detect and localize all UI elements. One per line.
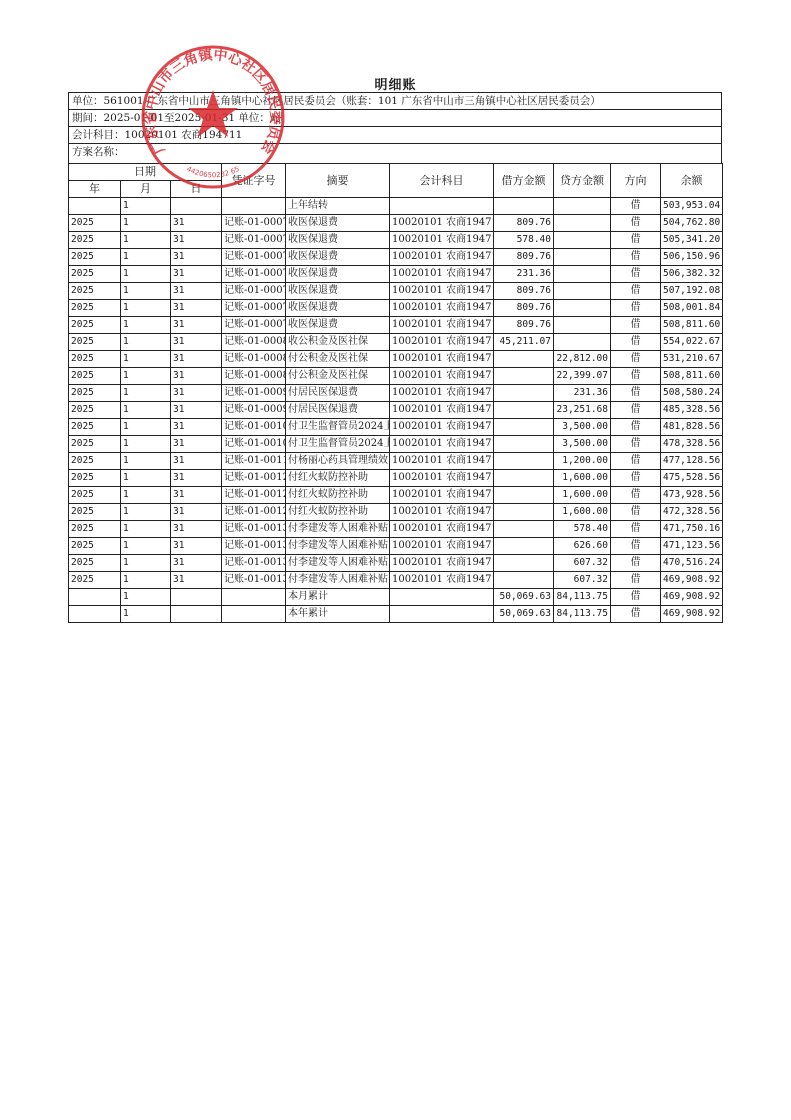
cell-day: 31 <box>171 385 222 402</box>
account-line: 会计科目：10020101 农商194711 <box>68 126 722 143</box>
cell-day <box>171 606 222 623</box>
table-row: 2025131记账-01-0009付居民医保退费10020101 农商19471… <box>69 385 723 402</box>
cell-year: 2025 <box>69 538 121 555</box>
cell-day: 31 <box>171 538 222 555</box>
cell-day: 31 <box>171 266 222 283</box>
cell-debit <box>494 504 554 521</box>
cell-summary: 付李建发等人困难补贴 <box>286 521 390 538</box>
cell-direction: 借 <box>611 487 661 504</box>
cell-month: 1 <box>121 368 171 385</box>
cell-credit <box>554 249 611 266</box>
table-row: 2025131记账-01-0008收公积金及医社保10020101 农商1947… <box>69 334 723 351</box>
cell-day: 31 <box>171 283 222 300</box>
cell-balance: 508,001.84 <box>661 300 723 317</box>
cell-debit <box>494 470 554 487</box>
cell-summary: 上年结转 <box>286 198 390 215</box>
cell-debit <box>494 487 554 504</box>
table-row: 2025131记账-01-0007收医保退费10020101 农商1947118… <box>69 317 723 334</box>
cell-month: 1 <box>121 436 171 453</box>
cell-debit: 50,069.63 <box>494 589 554 606</box>
cell-account: 10020101 农商194711 <box>390 555 494 572</box>
cell-year: 2025 <box>69 232 121 249</box>
header-debit: 借方金额 <box>494 164 554 198</box>
cell-month: 1 <box>121 351 171 368</box>
cell-account: 10020101 农商194711 <box>390 538 494 555</box>
cell-voucher: 记账-01-0008 <box>222 368 286 385</box>
cell-year <box>69 606 121 623</box>
cell-balance: 481,828.56 <box>661 419 723 436</box>
header-direction: 方向 <box>611 164 661 198</box>
cell-month: 1 <box>121 555 171 572</box>
cell-account: 10020101 农商194711 <box>390 521 494 538</box>
cell-debit <box>494 385 554 402</box>
cell-summary: 付公积金及医社保 <box>286 368 390 385</box>
cell-summary: 收医保退费 <box>286 215 390 232</box>
cell-direction: 借 <box>611 436 661 453</box>
cell-direction: 借 <box>611 249 661 266</box>
cell-voucher: 记账-01-0007 <box>222 283 286 300</box>
cell-month: 1 <box>121 334 171 351</box>
cell-direction: 借 <box>611 266 661 283</box>
table-row: 2025131记账-01-0012付红火蚁防控补助10020101 农商1947… <box>69 504 723 521</box>
cell-summary: 收医保退费 <box>286 249 390 266</box>
cell-year: 2025 <box>69 368 121 385</box>
cell-day: 31 <box>171 300 222 317</box>
cell-credit: 84,113.75 <box>554 589 611 606</box>
cell-credit <box>554 300 611 317</box>
cell-voucher: 记账-01-0007 <box>222 317 286 334</box>
cell-day: 31 <box>171 249 222 266</box>
cell-summary: 收医保退费 <box>286 300 390 317</box>
cell-balance: 472,328.56 <box>661 504 723 521</box>
cell-credit: 22,812.00 <box>554 351 611 368</box>
cell-voucher: 记账-01-0010 <box>222 419 286 436</box>
cell-account: 10020101 农商194711 <box>390 351 494 368</box>
cell-summary: 收医保退费 <box>286 317 390 334</box>
cell-direction: 借 <box>611 317 661 334</box>
cell-account <box>390 606 494 623</box>
cell-account: 10020101 农商194711 <box>390 487 494 504</box>
cell-year: 2025 <box>69 266 121 283</box>
cell-year: 2025 <box>69 249 121 266</box>
table-row: 2025131记账-01-0007收医保退费10020101 农商1947112… <box>69 266 723 283</box>
header-credit: 贷方金额 <box>554 164 611 198</box>
cell-voucher: 记账-01-0013 <box>222 521 286 538</box>
table-row: 1本月累计50,069.6384,113.75借469,908.92 <box>69 589 723 606</box>
cell-direction: 借 <box>611 334 661 351</box>
cell-debit: 45,211.07 <box>494 334 554 351</box>
cell-year: 2025 <box>69 351 121 368</box>
table-row: 2025131记账-01-0008付公积金及医社保10020101 农商1947… <box>69 368 723 385</box>
cell-account: 10020101 农商194711 <box>390 504 494 521</box>
cell-year: 2025 <box>69 385 121 402</box>
cell-debit: 231.36 <box>494 266 554 283</box>
cell-debit <box>494 521 554 538</box>
cell-summary: 收公积金及医社保 <box>286 334 390 351</box>
cell-credit <box>554 198 611 215</box>
cell-balance: 475,528.56 <box>661 470 723 487</box>
cell-direction: 借 <box>611 572 661 589</box>
cell-voucher: 记账-01-0007 <box>222 266 286 283</box>
cell-summary: 付公积金及医社保 <box>286 351 390 368</box>
cell-voucher: 记账-01-0007 <box>222 300 286 317</box>
cell-summary: 付杨丽心药具管理绩效 <box>286 453 390 470</box>
cell-account: 10020101 农商194711 <box>390 368 494 385</box>
cell-voucher: 记账-01-0013 <box>222 538 286 555</box>
cell-month: 1 <box>121 453 171 470</box>
cell-summary: 付卫生监督管员2024上 <box>286 419 390 436</box>
cell-account: 10020101 农商194711 <box>390 419 494 436</box>
cell-balance: 478,328.56 <box>661 436 723 453</box>
table-row: 2025131记账-01-0010付卫生监督管员2024上10020101 农商… <box>69 436 723 453</box>
cell-balance: 470,516.24 <box>661 555 723 572</box>
cell-month: 1 <box>121 402 171 419</box>
cell-debit <box>494 351 554 368</box>
cell-year: 2025 <box>69 334 121 351</box>
cell-day: 31 <box>171 504 222 521</box>
cell-balance: 477,128.56 <box>661 453 723 470</box>
cell-balance: 554,022.67 <box>661 334 723 351</box>
cell-credit <box>554 334 611 351</box>
cell-credit: 607.32 <box>554 572 611 589</box>
cell-summary: 付李建发等人困难补贴 <box>286 572 390 589</box>
cell-voucher: 记账-01-0013 <box>222 555 286 572</box>
cell-voucher: 记账-01-0007 <box>222 249 286 266</box>
cell-balance: 531,210.67 <box>661 351 723 368</box>
cell-balance: 469,908.92 <box>661 572 723 589</box>
cell-debit <box>494 572 554 589</box>
cell-year: 2025 <box>69 470 121 487</box>
cell-voucher: 记账-01-0008 <box>222 351 286 368</box>
cell-account: 10020101 农商194711 <box>390 266 494 283</box>
cell-debit <box>494 198 554 215</box>
cell-direction: 借 <box>611 232 661 249</box>
cell-year: 2025 <box>69 521 121 538</box>
cell-day: 31 <box>171 232 222 249</box>
cell-voucher <box>222 606 286 623</box>
header-day: 日 <box>171 181 222 198</box>
cell-year: 2025 <box>69 436 121 453</box>
cell-day: 31 <box>171 215 222 232</box>
cell-voucher: 记账-01-0011 <box>222 453 286 470</box>
cell-debit <box>494 368 554 385</box>
cell-day: 31 <box>171 521 222 538</box>
table-row: 2025131记账-01-0012付红火蚁防控补助10020101 农商1947… <box>69 470 723 487</box>
cell-summary: 付红火蚁防控补助 <box>286 504 390 521</box>
cell-day <box>171 198 222 215</box>
cell-balance: 471,123.56 <box>661 538 723 555</box>
cell-voucher: 记账-01-0012 <box>222 487 286 504</box>
cell-year: 2025 <box>69 300 121 317</box>
cell-credit: 626.60 <box>554 538 611 555</box>
cell-month: 1 <box>121 198 171 215</box>
cell-direction: 借 <box>611 283 661 300</box>
cell-summary: 付卫生监督管员2024上 <box>286 436 390 453</box>
cell-debit <box>494 538 554 555</box>
cell-month: 1 <box>121 470 171 487</box>
cell-account: 10020101 农商194711 <box>390 385 494 402</box>
cell-year <box>69 589 121 606</box>
cell-month: 1 <box>121 283 171 300</box>
table-row: 2025131记账-01-0011付杨丽心药具管理绩效10020101 农商19… <box>69 453 723 470</box>
cell-debit <box>494 436 554 453</box>
cell-year: 2025 <box>69 572 121 589</box>
cell-voucher <box>222 198 286 215</box>
cell-summary: 付红火蚁防控补助 <box>286 470 390 487</box>
cell-debit: 809.76 <box>494 215 554 232</box>
document-title: 明细账 <box>0 74 791 93</box>
cell-balance: 506,150.96 <box>661 249 723 266</box>
cell-summary: 收医保退费 <box>286 232 390 249</box>
cell-credit: 607.32 <box>554 555 611 572</box>
cell-month: 1 <box>121 504 171 521</box>
cell-month: 1 <box>121 572 171 589</box>
cell-debit: 50,069.63 <box>494 606 554 623</box>
cell-credit: 84,113.75 <box>554 606 611 623</box>
cell-direction: 借 <box>611 453 661 470</box>
cell-day: 31 <box>171 368 222 385</box>
cell-account: 10020101 农商194711 <box>390 232 494 249</box>
table-row: 2025131记账-01-0013付李建发等人困难补贴10020101 农商19… <box>69 555 723 572</box>
cell-voucher <box>222 589 286 606</box>
cell-voucher: 记账-01-0009 <box>222 385 286 402</box>
cell-direction: 借 <box>611 606 661 623</box>
cell-account <box>390 198 494 215</box>
cell-debit: 809.76 <box>494 249 554 266</box>
cell-credit: 3,500.00 <box>554 436 611 453</box>
cell-direction: 借 <box>611 589 661 606</box>
cell-summary: 收医保退费 <box>286 266 390 283</box>
cell-balance: 471,750.16 <box>661 521 723 538</box>
table-row: 2025131记账-01-0007收医保退费10020101 农商1947118… <box>69 283 723 300</box>
cell-day <box>171 589 222 606</box>
cell-month: 1 <box>121 317 171 334</box>
cell-credit: 1,600.00 <box>554 487 611 504</box>
cell-credit <box>554 215 611 232</box>
header-month: 月 <box>121 181 171 198</box>
cell-voucher: 记账-01-0007 <box>222 215 286 232</box>
table-row: 2025131记账-01-0013付李建发等人困难补贴10020101 农商19… <box>69 521 723 538</box>
cell-debit: 809.76 <box>494 300 554 317</box>
table-row: 2025131记账-01-0013付李建发等人困难补贴10020101 农商19… <box>69 572 723 589</box>
cell-direction: 借 <box>611 351 661 368</box>
cell-balance: 508,580.24 <box>661 385 723 402</box>
table-row: 2025131记账-01-0013付李建发等人困难补贴10020101 农商19… <box>69 538 723 555</box>
cell-account <box>390 589 494 606</box>
cell-direction: 借 <box>611 470 661 487</box>
cell-debit: 578.40 <box>494 232 554 249</box>
cell-month: 1 <box>121 606 171 623</box>
cell-balance: 469,908.92 <box>661 606 723 623</box>
cell-summary: 本年累计 <box>286 606 390 623</box>
cell-year: 2025 <box>69 504 121 521</box>
cell-voucher: 记账-01-0012 <box>222 504 286 521</box>
cell-year: 2025 <box>69 317 121 334</box>
cell-direction: 借 <box>611 402 661 419</box>
cell-account: 10020101 农商194711 <box>390 470 494 487</box>
table-row: 2025131记账-01-0007收医保退费10020101 农商1947118… <box>69 249 723 266</box>
cell-credit: 578.40 <box>554 521 611 538</box>
cell-year: 2025 <box>69 283 121 300</box>
cell-debit <box>494 402 554 419</box>
cell-direction: 借 <box>611 521 661 538</box>
cell-debit <box>494 453 554 470</box>
cell-voucher: 记账-01-0010 <box>222 436 286 453</box>
cell-balance: 507,192.08 <box>661 283 723 300</box>
cell-year: 2025 <box>69 215 121 232</box>
cell-credit <box>554 266 611 283</box>
cell-summary: 收医保退费 <box>286 283 390 300</box>
cell-debit <box>494 555 554 572</box>
cell-credit <box>554 317 611 334</box>
cell-direction: 借 <box>611 215 661 232</box>
header-summary: 摘要 <box>286 164 390 198</box>
cell-direction: 借 <box>611 538 661 555</box>
cell-credit: 1,600.00 <box>554 504 611 521</box>
table-row: 2025131记账-01-0007收医保退费10020101 农商1947115… <box>69 232 723 249</box>
period-line: 期间：2025-01-01至2025-01-31 单位：元 <box>68 109 722 126</box>
cell-account: 10020101 农商194711 <box>390 317 494 334</box>
cell-day: 31 <box>171 453 222 470</box>
cell-balance: 508,811.60 <box>661 368 723 385</box>
table-row: 2025131记账-01-0012付红火蚁防控补助10020101 农商1947… <box>69 487 723 504</box>
cell-account: 10020101 农商194711 <box>390 402 494 419</box>
table-row: 2025131记账-01-0007收医保退费10020101 农商1947118… <box>69 215 723 232</box>
cell-summary: 付李建发等人困难补贴 <box>286 538 390 555</box>
header-account: 会计科目 <box>390 164 494 198</box>
cell-direction: 借 <box>611 300 661 317</box>
cell-day: 31 <box>171 419 222 436</box>
cell-credit: 3,500.00 <box>554 419 611 436</box>
cell-direction: 借 <box>611 504 661 521</box>
unit-line: 单位：561001 广东省中山市三角镇中心社区居民委员会（账套：101 广东省中… <box>68 92 722 109</box>
cell-month: 1 <box>121 589 171 606</box>
cell-credit: 22,399.07 <box>554 368 611 385</box>
cell-credit: 231.36 <box>554 385 611 402</box>
cell-account: 10020101 农商194711 <box>390 215 494 232</box>
cell-debit: 809.76 <box>494 283 554 300</box>
cell-voucher: 记账-01-0008 <box>222 334 286 351</box>
table-row: 2025131记账-01-0008付公积金及医社保10020101 农商1947… <box>69 351 723 368</box>
cell-summary: 本月累计 <box>286 589 390 606</box>
cell-balance: 503,953.04 <box>661 198 723 215</box>
cell-month: 1 <box>121 419 171 436</box>
scheme-line: 方案名称： <box>68 143 722 163</box>
cell-account: 10020101 农商194711 <box>390 436 494 453</box>
table-row: 2025131记账-01-0010付卫生监督管员2024上10020101 农商… <box>69 419 723 436</box>
cell-day: 31 <box>171 555 222 572</box>
table-row: 2025131记账-01-0007收医保退费10020101 农商1947118… <box>69 300 723 317</box>
cell-month: 1 <box>121 538 171 555</box>
cell-account: 10020101 农商194711 <box>390 334 494 351</box>
cell-credit <box>554 232 611 249</box>
cell-balance: 506,382.32 <box>661 266 723 283</box>
cell-balance: 508,811.60 <box>661 317 723 334</box>
cell-account: 10020101 农商194711 <box>390 249 494 266</box>
cell-credit: 1,200.00 <box>554 453 611 470</box>
cell-direction: 借 <box>611 555 661 572</box>
cell-month: 1 <box>121 232 171 249</box>
cell-credit <box>554 283 611 300</box>
cell-summary: 付居民医保退费 <box>286 385 390 402</box>
cell-day: 31 <box>171 402 222 419</box>
cell-year: 2025 <box>69 419 121 436</box>
cell-voucher: 记账-01-0009 <box>222 402 286 419</box>
cell-year <box>69 198 121 215</box>
header-year: 年 <box>69 181 121 198</box>
cell-month: 1 <box>121 487 171 504</box>
cell-account: 10020101 农商194711 <box>390 300 494 317</box>
cell-balance: 505,341.20 <box>661 232 723 249</box>
cell-year: 2025 <box>69 487 121 504</box>
cell-month: 1 <box>121 521 171 538</box>
cell-day: 31 <box>171 436 222 453</box>
header-voucher: 凭证字号 <box>222 164 286 198</box>
cell-voucher: 记账-01-0007 <box>222 232 286 249</box>
cell-balance: 469,908.92 <box>661 589 723 606</box>
cell-direction: 借 <box>611 419 661 436</box>
cell-month: 1 <box>121 300 171 317</box>
cell-direction: 借 <box>611 385 661 402</box>
cell-balance: 485,328.56 <box>661 402 723 419</box>
cell-month: 1 <box>121 385 171 402</box>
table-row: 1本年累计50,069.6384,113.75借469,908.92 <box>69 606 723 623</box>
cell-direction: 借 <box>611 198 661 215</box>
header-date: 日期 <box>69 164 222 181</box>
table-row: 1上年结转借503,953.04 <box>69 198 723 215</box>
cell-month: 1 <box>121 249 171 266</box>
cell-year: 2025 <box>69 555 121 572</box>
cell-account: 10020101 农商194711 <box>390 572 494 589</box>
cell-summary: 付红火蚁防控补助 <box>286 487 390 504</box>
cell-year: 2025 <box>69 402 121 419</box>
cell-month: 1 <box>121 266 171 283</box>
cell-balance: 473,928.56 <box>661 487 723 504</box>
cell-voucher: 记账-01-0012 <box>222 470 286 487</box>
cell-account: 10020101 农商194711 <box>390 283 494 300</box>
cell-balance: 504,762.80 <box>661 215 723 232</box>
cell-day: 31 <box>171 317 222 334</box>
cell-day: 31 <box>171 487 222 504</box>
cell-credit: 1,600.00 <box>554 470 611 487</box>
cell-day: 31 <box>171 334 222 351</box>
cell-direction: 借 <box>611 368 661 385</box>
cell-voucher: 记账-01-0013 <box>222 572 286 589</box>
cell-debit: 809.76 <box>494 317 554 334</box>
cell-summary: 付居民医保退费 <box>286 402 390 419</box>
cell-debit <box>494 419 554 436</box>
table-row: 2025131记账-01-0009付居民医保退费10020101 农商19471… <box>69 402 723 419</box>
cell-summary: 付李建发等人困难补贴 <box>286 555 390 572</box>
cell-credit: 23,251.68 <box>554 402 611 419</box>
cell-month: 1 <box>121 215 171 232</box>
cell-day: 31 <box>171 470 222 487</box>
cell-account: 10020101 农商194711 <box>390 453 494 470</box>
cell-day: 31 <box>171 351 222 368</box>
cell-day: 31 <box>171 572 222 589</box>
header-balance: 余额 <box>661 164 723 198</box>
ledger-table: 日期 凭证字号 摘要 会计科目 借方金额 贷方金额 方向 余额 年 月 日 1上… <box>68 163 723 623</box>
cell-year: 2025 <box>69 453 121 470</box>
